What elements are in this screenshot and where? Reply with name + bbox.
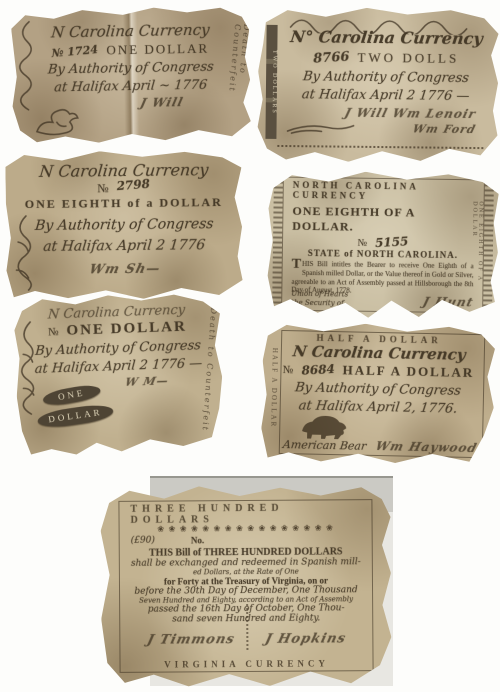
signature: Wm Ford [343,121,478,137]
border-bottom-text: VIRGINIA CURRENCY [132,658,362,670]
banknote-one-dollar-halifax: N Carolina Currency № 1724 ONE DOLLAR By… [11,6,251,144]
place-date-line: at Halifax April 2 1776 [42,237,205,255]
ribbon-dollar: DOLLAR [37,402,115,429]
note-serial: 8766 [313,49,350,66]
banknote-one-eighth-dollar-state-nc: NORTH CAROLINA CURRENCY ONE EIGHTH OF A … [267,170,499,319]
signature: J Hunt [421,295,475,310]
serial-label: № [283,364,294,376]
authority-line: By Authority of Congress [302,69,470,86]
squirrel-vignette-icon [30,99,85,136]
signature: J Hopkins [264,631,348,647]
note-denomination: ONE EIGHTH of a DOLLAR [25,195,223,212]
place-date-line: at Halifax April 2 1776 — [34,356,202,377]
banknote-one-eighth-dollar-halifax: N Carolina Currency № 2798 ONE EIGHTH of… [5,150,243,300]
banknote-virginia-300-dollars: THREE HUNDRED DOLLARS ❀ ❀ ❀ ❀ ❀ ❀ ❀ ❀ ❀ … [100,485,391,687]
signature: J Will [138,95,184,110]
authority-line: By Authority of Congress [47,60,214,78]
serial-label: № [357,238,367,249]
border-top-text: NORTH CAROLINA CURRENCY [293,180,475,203]
note-serial: 2798 [116,177,150,194]
signature: J Timmons [145,632,236,648]
serial-label: № [48,326,59,338]
dotted-center-divider [246,604,248,650]
border-top-text: THREE HUNDRED DOLLARS [130,502,360,526]
signature: J Will Wm Lenoir [343,106,478,123]
bottom-border-ornament [277,145,483,149]
note-denomination: ONE EIGHTH OF A DOLLAR. [292,204,474,237]
authority-line: By Authority of Congress [294,380,462,398]
authority-line: By Authority of Congress [35,338,202,359]
note-denomination: TWO DOLLS [357,50,459,67]
banknote-two-dollars-halifax: TWO DOLLARS N° Carolina Currency 8766 TW… [257,7,499,164]
vignette-caption: American Bear [282,438,367,453]
face-value-pounds: (£90) [131,536,155,546]
signature: W M— [124,374,170,389]
note-serial: 8684 [301,362,335,378]
underline-flourish-icon [285,121,355,136]
place-date-line: at Halifax April ~ 1776 [54,78,208,96]
note-title: N Carolina Currency [50,21,210,42]
signature: Wm Sh— [87,262,161,278]
bear-vignette-icon [297,408,354,439]
edge-denomination-text: HALF A DOLLAR [269,348,279,429]
serial-number-label: No. [191,535,204,545]
signature: Wm Haywood [374,439,479,455]
note-serial: 5155 [375,234,409,250]
banknote-half-dollar-halifax: HALF A DOLLAR N Carolina Currency № 8684… [261,322,496,467]
note-serial: № 1724 [52,43,99,60]
note-title: N° Carolina Currency [289,27,483,48]
note-title: N Carolina Currency [291,342,466,364]
motto-line: Union of Hearts [291,290,348,299]
banknote-one-dollar-ribbons: N Carolina Currency № ONE DOLLAR By Auth… [13,291,224,456]
note-denomination: HALF A DOLLAR [342,362,474,381]
serial-label: № [97,181,109,196]
place-date-line: at Halifax April 2 1776 — [301,87,470,104]
motto-line: the Security of [291,298,348,307]
photo-colonial-currency: N Carolina Currency № 1724 ONE DOLLAR By… [0,0,500,692]
authority-line: By Authority of Congress [34,216,214,234]
rosette-ornament-row: ❀ ❀ ❀ ❀ ❀ ❀ ❀ ❀ ❀ ❀ ❀ ❀ ❀ ❀ ❀ ❀ [157,524,333,533]
note-denomination: ONE DOLLAR [66,319,187,340]
edge-denomination-text: ONE EIGHTH OF A DOLLAR [470,201,484,319]
state-line: STATE of NORTH CAROLINA. [308,248,458,260]
note-denomination: ONE DOLLAR [106,41,209,59]
